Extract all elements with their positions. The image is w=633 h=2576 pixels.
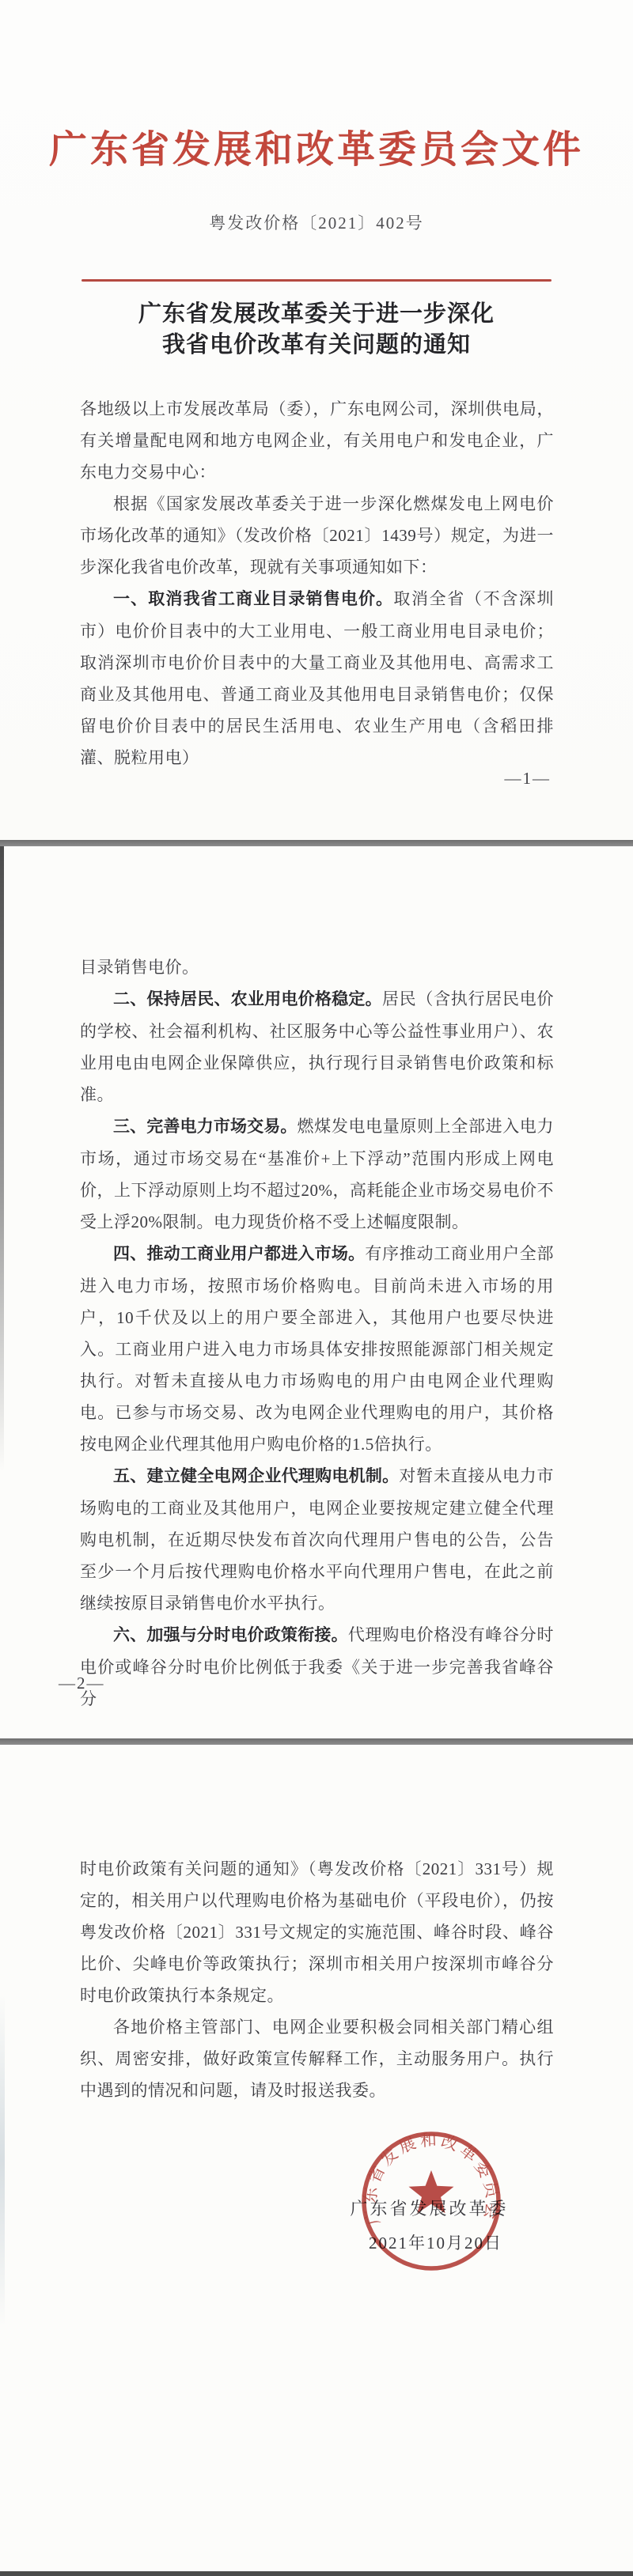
section-4-text: 有序推动工商业用户全部进入电力市场，按照市场价格购电。目前尚未进入市场的用户，1… (80, 1244, 554, 1454)
section-6-paragraph: 六、加强与分时电价政策衔接。代理购电价格没有峰谷分时电价或峰谷分时电价比例低于我… (80, 1619, 554, 1715)
section-3-paragraph: 三、完善电力市场交易。燃煤发电电量原则上全部进入电力市场，通过市场交易在“基准价… (80, 1110, 554, 1238)
section-1-paragraph: 一、取消我省工商业目录销售电价。取消全省（不含深圳市）电价价目表中的大工业用电、… (80, 583, 554, 774)
official-seal: 广东省发展和改革委员会 (356, 2126, 506, 2276)
closing-paragraph: 各地价格主管部门、电网企业要积极会同相关部门精心组织、周密安排，做好政策宣传解释… (80, 2011, 554, 2106)
section-1-continuation: 目录销售电价。 (80, 951, 554, 983)
page-1-body: 各地级以上市发展改革局（委），广东电网公司，深圳供电局，有关增量配电网和地方电网… (80, 393, 554, 774)
red-divider-line (81, 279, 552, 282)
scanned-document: 广东省发展和改革委员会文件 粤发改价格〔2021〕402号 广东省发展改革委关于… (0, 0, 633, 2576)
page-separator-2 (0, 1738, 633, 1745)
section-2-heading: 二、保持居民、农业用电价格稳定。 (113, 990, 382, 1008)
agency-header: 广东省发展和改革委员会文件 (0, 127, 633, 174)
page-number-1: —1— (505, 769, 552, 789)
section-4-paragraph: 四、推动工商业用户都进入市场。有序推动工商业用户全部进入电力市场，按照市场价格购… (80, 1238, 554, 1460)
section-6-continuation: 时电价政策有关问题的通知》（粤发改价格〔2021〕331号）规定的，相关用户以代… (80, 1853, 554, 2011)
section-2-paragraph: 二、保持居民、农业用电价格稳定。居民（含执行居民电价的学校、社会福利机构、社区服… (80, 983, 554, 1110)
page-1: 广东省发展和改革委员会文件 粤发改价格〔2021〕402号 广东省发展改革委关于… (0, 0, 633, 840)
section-5-heading: 五、建立健全电网企业代理购电机制。 (113, 1467, 399, 1485)
intro-paragraph: 根据《国家发展改革委关于进一步深化燃煤发电上网电价市场化改革的通知》（发改价格〔… (80, 488, 554, 583)
page-number-2: —2— (59, 1674, 105, 1693)
notice-title-line1: 广东省发展改革委关于进一步深化 (0, 299, 633, 330)
page-2-body: 目录销售电价。 二、保持居民、农业用电价格稳定。居民（含执行居民电价的学校、社会… (80, 951, 554, 1715)
page-3-body: 时电价政策有关问题的通知》（粤发改价格〔2021〕331号）规定的，相关用户以代… (80, 1853, 554, 2106)
section-6-heading: 六、加强与分时电价政策衔接。 (113, 1626, 348, 1644)
section-1-heading: 一、取消我省工商业目录销售电价。 (113, 590, 393, 608)
star-icon (409, 2170, 454, 2213)
section-4-heading: 四、推动工商业用户都进入市场。 (113, 1245, 365, 1263)
section-5-paragraph: 五、建立健全电网企业代理购电机制。对暂未直接从电力市场购电的工商业及其他用户，电… (80, 1460, 554, 1619)
doc-number: 粤发改价格〔2021〕402号 (0, 210, 633, 234)
official-seal-graphic: 广东省发展和改革委员会 (356, 2126, 506, 2276)
page-3: 时电价政策有关问题的通知》（粤发改价格〔2021〕331号）规定的，相关用户以代… (0, 1745, 633, 2576)
notice-title: 广东省发展改革委关于进一步深化 我省电价改革有关问题的通知 (0, 299, 633, 361)
notice-title-line2: 我省电价改革有关问题的通知 (0, 330, 633, 361)
page-2: 目录销售电价。 二、保持居民、农业用电价格稳定。居民（含执行居民电价的学校、社会… (0, 846, 633, 1738)
section-3-heading: 三、完善电力市场交易。 (113, 1118, 298, 1136)
page-separator-1 (0, 840, 633, 846)
section-1-text: 取消全省（不含深圳市）电价价目表中的大工业用电、一般工商业用电目录电价；取消深圳… (80, 589, 554, 767)
section-5-text: 对暂未直接从电力市场购电的工商业及其他用户，电网企业要按规定建立健全代理购电机制… (80, 1466, 554, 1613)
salutation-paragraph: 各地级以上市发展改革局（委），广东电网公司，深圳供电局，有关增量配电网和地方电网… (80, 393, 554, 488)
